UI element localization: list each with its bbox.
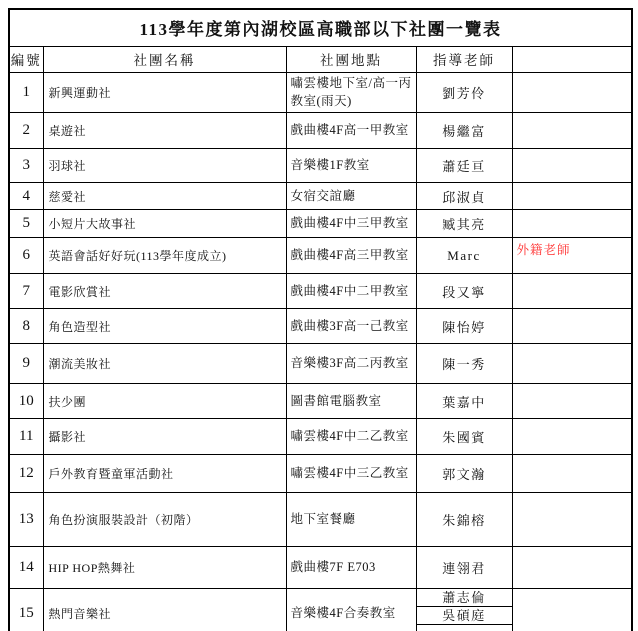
col-header-name: 社團名稱	[43, 46, 286, 72]
table-row: 9 潮流美妝社 音樂樓3F高二丙教室 陳一秀	[9, 344, 632, 384]
club-remark	[512, 384, 632, 419]
club-teacher: 劉芳伶	[416, 72, 512, 113]
table-row: 13 角色扮演服裝設計（初階） 地下室餐廳 朱錦榕	[9, 493, 632, 547]
club-remark	[512, 113, 632, 149]
club-location: 戲曲樓4F中三甲教室	[286, 210, 416, 238]
row-number: 13	[9, 493, 43, 547]
club-teacher: 連翎君	[416, 547, 512, 589]
club-teacher: 段又寧	[416, 274, 512, 309]
club-remark	[512, 149, 632, 183]
club-location: 圖書館電腦教室	[286, 384, 416, 419]
row-number: 5	[9, 210, 43, 238]
col-header-id: 編號	[9, 46, 43, 72]
club-teacher: 郭文瀚	[416, 455, 512, 493]
row-number: 10	[9, 384, 43, 419]
club-location: 嘯雲樓4F中二乙教室	[286, 419, 416, 455]
club-name: 潮流美妝社	[43, 344, 286, 384]
row-number: 1	[9, 72, 43, 113]
row-number: 7	[9, 274, 43, 309]
row-number: 3	[9, 149, 43, 183]
col-header-remark	[512, 46, 632, 72]
club-remark	[512, 419, 632, 455]
club-name: 英語會話好好玩(113學年度成立)	[43, 238, 286, 274]
club-teacher: 楊繼富	[416, 113, 512, 149]
club-name: 桌遊社	[43, 113, 286, 149]
club-teacher: 蕭志倫吳碩庭	[416, 589, 512, 631]
table-row: 12 戶外教育暨童軍活動社 嘯雲樓4F中三乙教室 郭文瀚	[9, 455, 632, 493]
table-row: 10 扶少團 圖書館電腦教室 葉嘉中	[9, 384, 632, 419]
club-location: 嘯雲樓地下室/高一丙教室(雨天)	[286, 72, 416, 113]
table-row: 4 慈愛社 女宿交誼廳 邱淑貞	[9, 183, 632, 210]
club-teacher: 陳一秀	[416, 344, 512, 384]
club-teacher: 葉嘉中	[416, 384, 512, 419]
row-number: 8	[9, 309, 43, 344]
club-remark: 外籍老師	[512, 238, 632, 274]
club-remark	[512, 344, 632, 384]
club-teacher: 臧其亮	[416, 210, 512, 238]
club-location: 戲曲樓4F高三甲教室	[286, 238, 416, 274]
club-location: 戲曲樓7F E703	[286, 547, 416, 589]
table-row: 6 英語會話好好玩(113學年度成立) 戲曲樓4F高三甲教室 Marc 外籍老師	[9, 238, 632, 274]
table-row: 1 新興運動社 嘯雲樓地下室/高一丙教室(雨天) 劉芳伶	[9, 72, 632, 113]
row-number: 11	[9, 419, 43, 455]
club-remark	[512, 547, 632, 589]
club-teacher-name: 吳碩庭	[417, 607, 512, 625]
club-teacher: Marc	[416, 238, 512, 274]
club-name: 新興運動社	[43, 72, 286, 113]
club-name: 電影欣賞社	[43, 274, 286, 309]
club-name: 扶少團	[43, 384, 286, 419]
club-location: 地下室餐廳	[286, 493, 416, 547]
club-teacher: 陳怡婷	[416, 309, 512, 344]
row-number: 2	[9, 113, 43, 149]
club-name: 小短片大故事社	[43, 210, 286, 238]
row-number: 6	[9, 238, 43, 274]
club-location: 戲曲樓4F中二甲教室	[286, 274, 416, 309]
club-remark	[512, 210, 632, 238]
teacher-cell-filler	[417, 625, 512, 631]
club-location: 女宿交誼廳	[286, 183, 416, 210]
table-row: 15 熱門音樂社 音樂樓4F合奏教室 蕭志倫吳碩庭	[9, 589, 632, 631]
club-remark	[512, 309, 632, 344]
page-title: 113學年度第內湖校區高職部以下社團一覽表	[9, 9, 632, 46]
club-teacher: 朱錦榕	[416, 493, 512, 547]
club-remark	[512, 455, 632, 493]
club-table-body: 1 新興運動社 嘯雲樓地下室/高一丙教室(雨天) 劉芳伶 2 桌遊社 戲曲樓4F…	[9, 72, 632, 631]
club-remark	[512, 183, 632, 210]
col-header-location: 社團地點	[286, 46, 416, 72]
club-remark	[512, 493, 632, 547]
club-name: 角色扮演服裝設計（初階）	[43, 493, 286, 547]
column-header-row: 編號 社團名稱 社團地點 指導老師	[9, 46, 632, 72]
table-row: 2 桌遊社 戲曲樓4F高一甲教室 楊繼富	[9, 113, 632, 149]
club-location: 音樂樓4F合奏教室	[286, 589, 416, 631]
club-location: 戲曲樓4F高一甲教室	[286, 113, 416, 149]
club-name: 慈愛社	[43, 183, 286, 210]
club-name: HIP HOP熱舞社	[43, 547, 286, 589]
title-row: 113學年度第內湖校區高職部以下社團一覽表	[9, 9, 632, 46]
table-row: 7 電影欣賞社 戲曲樓4F中二甲教室 段又寧	[9, 274, 632, 309]
club-location: 嘯雲樓4F中三乙教室	[286, 455, 416, 493]
table-row: 14 HIP HOP熱舞社 戲曲樓7F E703 連翎君	[9, 547, 632, 589]
club-remark	[512, 72, 632, 113]
row-number: 4	[9, 183, 43, 210]
club-name: 攝影社	[43, 419, 286, 455]
row-number: 14	[9, 547, 43, 589]
row-number: 15	[9, 589, 43, 631]
club-teacher: 蕭廷亘	[416, 149, 512, 183]
col-header-teacher: 指導老師	[416, 46, 512, 72]
club-remark	[512, 274, 632, 309]
club-teacher: 邱淑貞	[416, 183, 512, 210]
club-roster-table: 113學年度第內湖校區高職部以下社團一覽表 編號 社團名稱 社團地點 指導老師 …	[8, 8, 633, 631]
club-teacher: 朱國賓	[416, 419, 512, 455]
club-name: 戶外教育暨童軍活動社	[43, 455, 286, 493]
scanned-document-page: 113學年度第內湖校區高職部以下社團一覽表 編號 社團名稱 社團地點 指導老師 …	[0, 0, 638, 631]
table-row: 3 羽球社 音樂樓1F教室 蕭廷亘	[9, 149, 632, 183]
club-name: 角色造型社	[43, 309, 286, 344]
club-name: 羽球社	[43, 149, 286, 183]
club-location: 戲曲樓3F高一己教室	[286, 309, 416, 344]
club-location: 音樂樓1F教室	[286, 149, 416, 183]
table-row: 11 攝影社 嘯雲樓4F中二乙教室 朱國賓	[9, 419, 632, 455]
club-remark	[512, 589, 632, 631]
table-row: 5 小短片大故事社 戲曲樓4F中三甲教室 臧其亮	[9, 210, 632, 238]
row-number: 12	[9, 455, 43, 493]
table-row: 8 角色造型社 戲曲樓3F高一己教室 陳怡婷	[9, 309, 632, 344]
row-number: 9	[9, 344, 43, 384]
club-location: 音樂樓3F高二丙教室	[286, 344, 416, 384]
club-teacher-name: 蕭志倫	[417, 589, 512, 607]
club-name: 熱門音樂社	[43, 589, 286, 631]
